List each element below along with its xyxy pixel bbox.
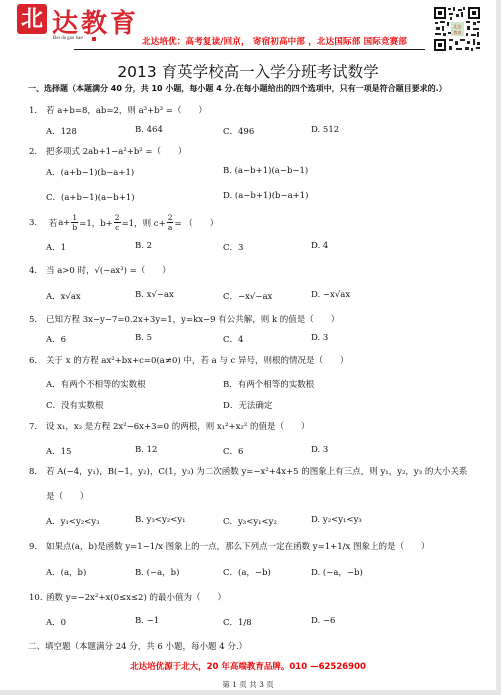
question-number: 3.	[29, 218, 46, 228]
question-4: 4.当 a>0 时，√(−ax³) =（ ）	[29, 264, 171, 276]
q7-option-b: B. 12	[135, 445, 157, 455]
q1-option-c: C．496	[223, 125, 254, 137]
q2-option-b: B. (a−b+1)(a−b−1)	[223, 166, 308, 176]
fraction: 1b	[71, 213, 78, 232]
q6-option-c: C．没有实数根	[46, 399, 104, 411]
q9-option-a: A．(a，b)	[46, 566, 86, 578]
q9-option-d: D. (−a，−b)	[311, 566, 363, 578]
question-number: 7.	[29, 422, 46, 432]
q4-option-d: D. −x√ax	[311, 290, 350, 300]
q2-option-a: A．(a+b−1)(b−a+1)	[46, 166, 134, 178]
q10-option-b: B. −1	[135, 616, 159, 626]
question-1: 1.若 a+b=8，ab=2，则 a³+b³ =（ ）	[29, 104, 207, 116]
question-text: 若 A(−4，y₁)，B(−1，y₂)，C(1，y₃) 为二次函数 y=−x²+…	[46, 467, 467, 477]
question-number: 2.	[29, 147, 46, 157]
question-number: 8.	[29, 467, 46, 477]
q6-option-b: B．有两个相等的实数根	[223, 378, 314, 390]
q8-option-d: D. y₂<y₁<y₃	[311, 515, 362, 525]
q10-option-c: C．1/8	[223, 616, 252, 628]
question-3: 3. 若 a+ 1b =1，b+ 2c =1，则 c+ 2a = （ ）	[29, 213, 218, 232]
question-7: 7.设 x₁，x₂ 是方程 2x²−6x+3=0 的两根，则 x₁²+x₂² 的…	[29, 420, 309, 432]
q1-option-a: A．128	[46, 125, 77, 137]
question-6: 6.关于 x 的方程 ax²+bx+c=0(a≠0) 中，若 a 与 c 异号，…	[29, 354, 349, 366]
svg-text:教育: 教育	[454, 29, 462, 35]
header-tagline: 北达培优：高考复读/回京， 寄宿初高中部 ，北达国际部 国际竞赛部	[142, 35, 407, 47]
question-text: 若 a+b=8，ab=2，则 a³+b³ =（ ）	[46, 106, 207, 116]
logo-subtitle: Bei da gao kao	[53, 36, 83, 41]
document-page: 北 达教育 Bei da gao kao 北达培优：高考复读/回京， 寄宿初高中…	[0, 0, 496, 690]
q1-option-b: B. 464	[135, 125, 163, 135]
section-heading-fill-in: 二、填空题（本题满分 24 分，共 6 小题，每小题 4 分.）	[28, 640, 247, 652]
question-number: 1.	[29, 106, 46, 116]
q8-option-b: B. y₃<y₂<y₁	[135, 515, 186, 525]
section-heading-choice: 一、选择题（本题满分 40 分，共 10 小题，每小题 4 分.在每小题给出的四…	[28, 83, 447, 94]
q3-option-b: B. 2	[135, 241, 152, 251]
fraction: 2c	[114, 213, 121, 232]
logo-mark: 北	[17, 4, 47, 34]
question-text: 如果点(a，b)是函数 y=1−1/x 图象上的一点，那么下列点一定在函数 y=…	[46, 542, 430, 552]
q1-option-d: D. 512	[311, 125, 339, 135]
question-text: 设 x₁，x₂ 是方程 2x²−6x+3=0 的两根，则 x₁²+x₂² 的值是…	[46, 422, 309, 432]
q9-option-b: B. (−a，b)	[135, 566, 179, 578]
q10-option-a: A．0	[46, 616, 66, 628]
question-number: 9.	[29, 542, 46, 552]
page-number: 第 1 页 共 3 页	[0, 679, 496, 690]
exam-title: 2013 育英学校高一入学分班考试数学	[0, 60, 496, 82]
question-8-continued: 是（ ）	[46, 490, 89, 502]
header-divider	[74, 49, 425, 50]
fraction: 2a	[167, 213, 174, 232]
q7-option-c: C．6	[223, 445, 243, 457]
question-5: 5.已知方程 3x−y−7=0.2x+3y=1，y=kx−9 有公共解，则 k …	[29, 313, 339, 325]
q7-option-a: A．15	[46, 445, 71, 457]
q3-option-c: C．3	[223, 241, 243, 253]
q3-option-a: A．1	[46, 241, 66, 253]
q8-option-a: A．y₁<y₂<y₃	[46, 515, 100, 527]
q5-option-b: B. 5	[135, 333, 152, 343]
promo-banner: 北达培优源于北大，20 年高端教育品牌。010 —62526900	[0, 660, 496, 672]
q5-option-a: A．6	[46, 333, 66, 345]
question-number: 4.	[29, 266, 46, 276]
q6-option-a: A．有两个不相等的实数根	[46, 378, 146, 390]
q9-option-c: C．(a，−b)	[223, 566, 271, 578]
question-text: 已知方程 3x−y−7=0.2x+3y=1，y=kx−9 有公共解，则 k 的值…	[46, 315, 339, 325]
question-9: 9.如果点(a，b)是函数 y=1−1/x 图象上的一点，那么下列点一定在函数 …	[29, 540, 430, 552]
qr-code-icon: 北达 教育	[433, 6, 481, 52]
q5-option-c: C．4	[223, 333, 243, 345]
question-2: 2.把多项式 2ab+1−a²+b² =（ ）	[29, 145, 187, 157]
q4-option-c: C．−x√−ax	[223, 290, 272, 302]
q3-option-d: D. 4	[311, 241, 328, 251]
logo-dot-icon	[92, 37, 96, 41]
question-text: 关于 x 的方程 ax²+bx+c=0(a≠0) 中，若 a 与 c 异号，则根…	[46, 356, 349, 366]
question-8: 8.若 A(−4，y₁)，B(−1，y₂)，C(1，y₃) 为二次函数 y=−x…	[29, 465, 467, 477]
q10-option-d: D. −6	[311, 616, 335, 626]
question-number: 10.	[29, 593, 46, 603]
svg-text:北达: 北达	[454, 23, 462, 29]
question-text: 当 a>0 时，√(−ax³) =（ ）	[46, 266, 171, 276]
q6-option-d: D．无法确定	[223, 399, 272, 411]
q2-option-c: C．(a+b−1)(a−b+1)	[46, 191, 135, 203]
question-number: 5.	[29, 315, 46, 325]
q5-option-d: D. 3	[311, 333, 328, 343]
question-number: 6.	[29, 356, 46, 366]
q4-option-b: B. x√−ax	[135, 290, 174, 300]
question-10: 10.函数 y=−2x²+x(0≤x≤2) 的最小值为（ ）	[29, 591, 226, 603]
q7-option-d: D. 3	[311, 445, 328, 455]
question-text: 把多项式 2ab+1−a²+b² =（ ）	[46, 147, 187, 157]
logo-text: 达教育	[52, 3, 139, 40]
q2-option-d: D. (a−b+1)(b−a+1)	[223, 191, 309, 201]
question-text: 函数 y=−2x²+x(0≤x≤2) 的最小值为（ ）	[46, 593, 226, 603]
q8-option-c: C．y₃<y₁<y₂	[223, 515, 277, 527]
q4-option-a: A．x√ax	[46, 290, 81, 302]
